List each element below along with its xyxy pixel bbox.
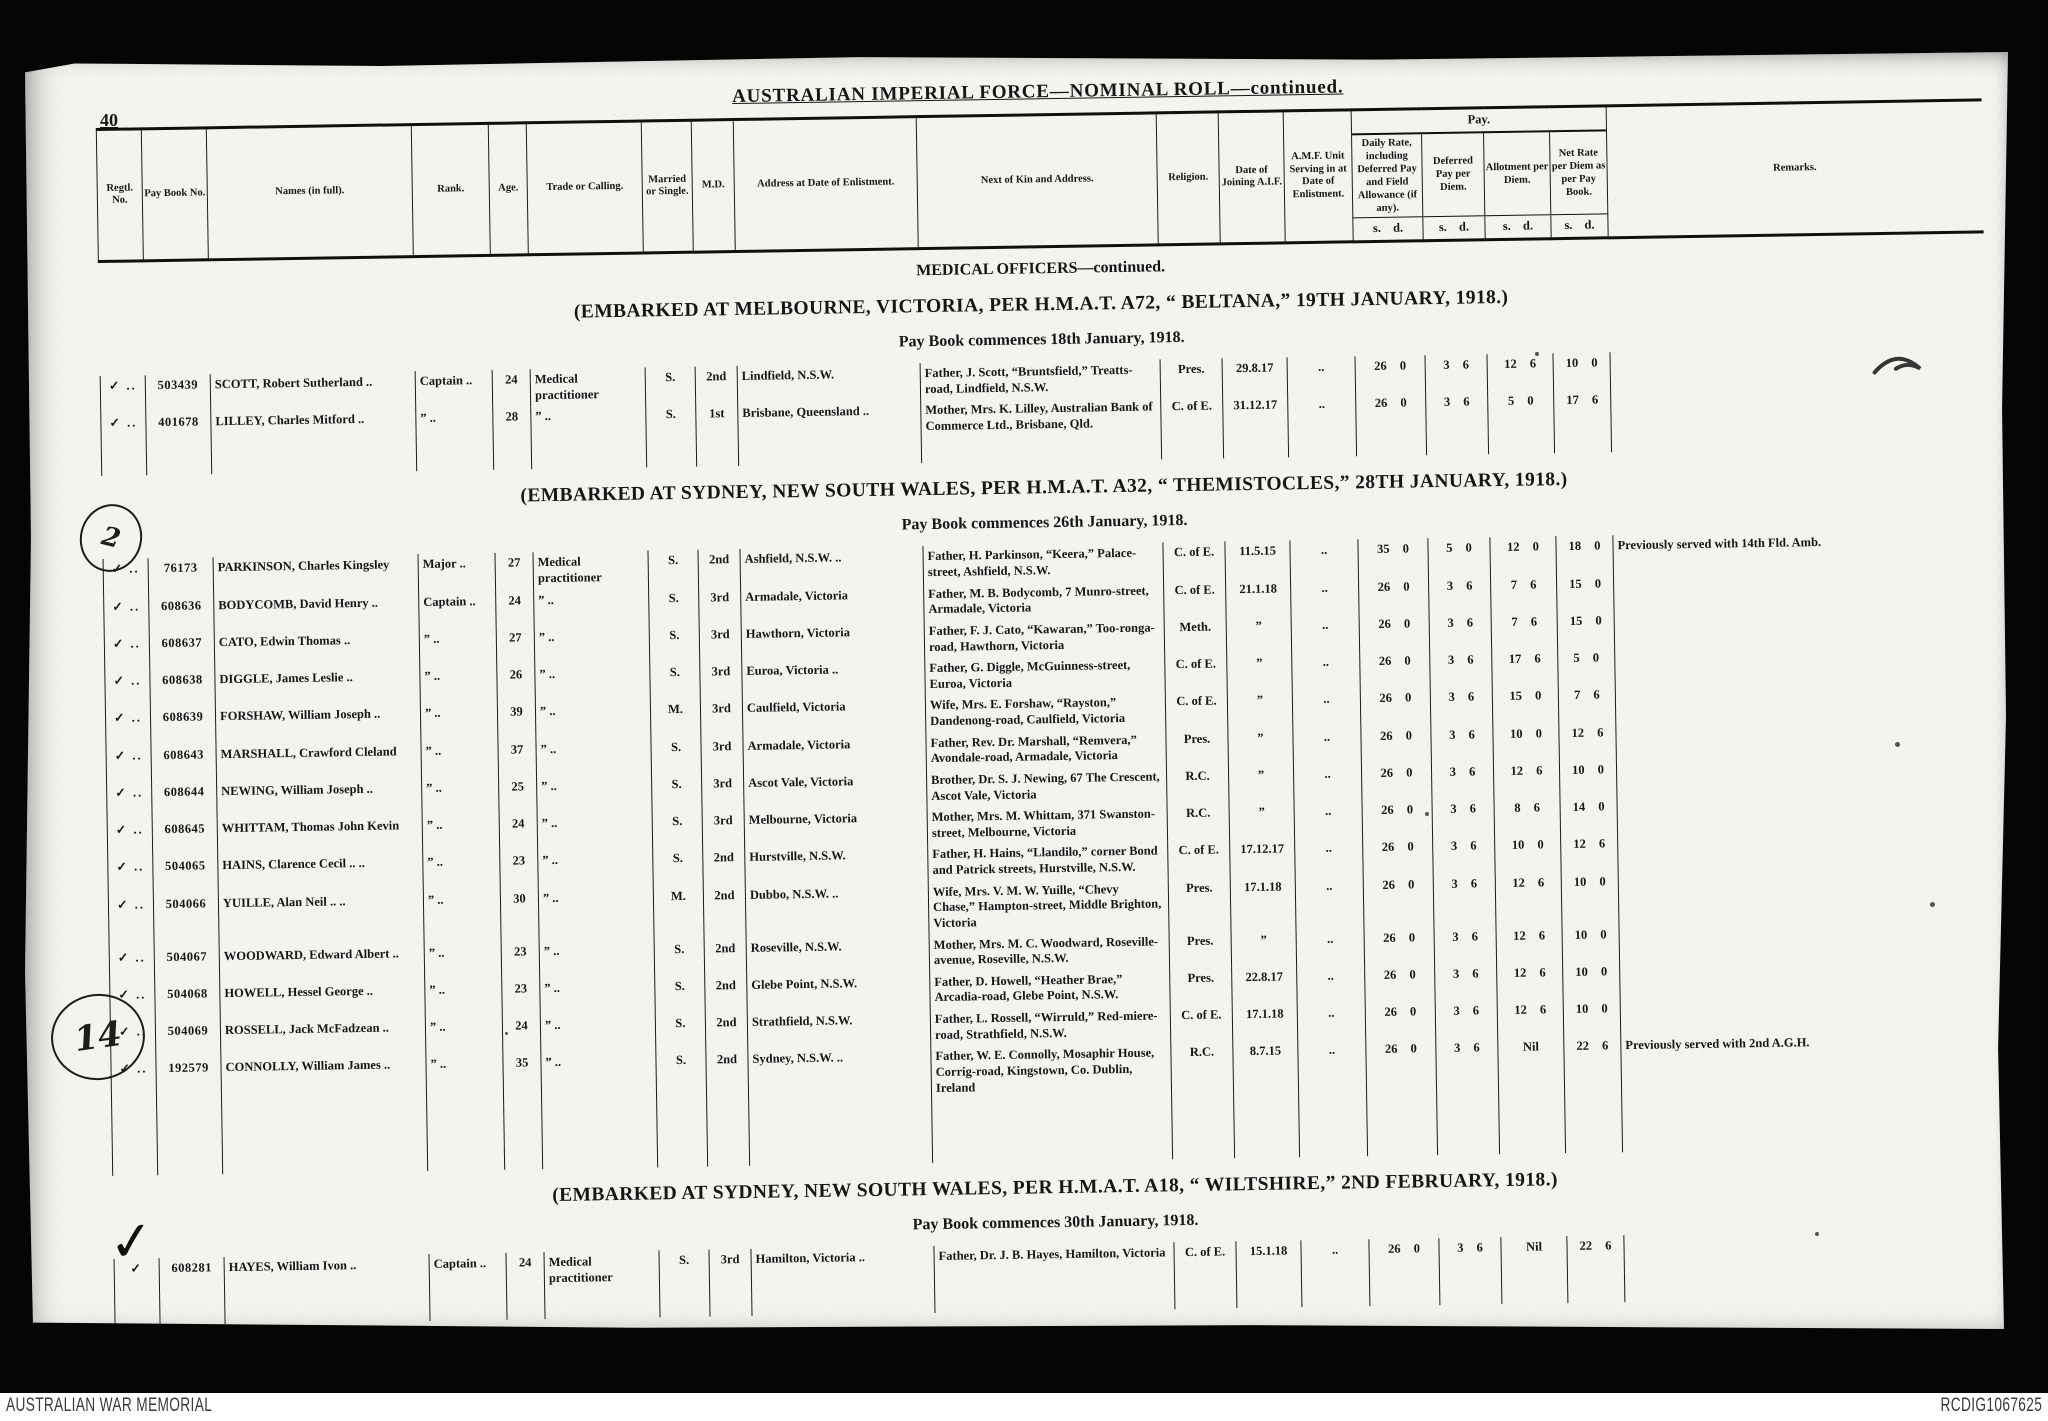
digitisation-footer: AUSTRALIAN WAR MEMORIAL RCDIG1067625 (0, 1393, 2048, 1421)
cell-tick: ✓ .. (108, 857, 154, 895)
cell-rank: ” .. (420, 702, 498, 740)
cell-md: 2nd (695, 366, 738, 404)
cell-paybook: 504065 (153, 856, 219, 894)
cell-remarks: Previously served with 2nd A.G.H. (1621, 1030, 1997, 1089)
cell-address: Hamilton, Victoria .. (751, 1246, 935, 1286)
scan-speckle (1815, 1232, 1819, 1236)
cell-allotment: 5 0 (1488, 390, 1555, 428)
cell-amf: .. (1292, 651, 1361, 689)
cell-address: Armadale, Victoria (741, 584, 925, 624)
cell-daily: 26 0 (1364, 927, 1435, 965)
cell-tick: ✓ .. (100, 375, 146, 413)
cell-remarks (1620, 992, 1996, 1035)
cell-deferred: 3 6 (1430, 687, 1493, 725)
cell-rank: ” .. (425, 979, 503, 1017)
cell-net: 5 0 (1558, 647, 1616, 685)
cell-daily: 26 0 (1360, 650, 1431, 688)
cell-tick: ✓ .. (109, 947, 155, 985)
cell-marital: S. (649, 587, 700, 625)
cell-deferred: 3 6 (1433, 873, 1496, 927)
cell-age: 39 (497, 702, 536, 740)
column-header: Regtl. No. (96, 129, 143, 262)
cell-rank: Major .. (418, 553, 496, 591)
cell-amf: .. (1297, 1002, 1366, 1040)
shillings-pence-label: s. d. (1423, 216, 1485, 241)
cell-deferred: 5 0 (1428, 538, 1491, 576)
cell-date: ” (1226, 615, 1292, 653)
cell-daily: 26 0 (1365, 964, 1436, 1002)
cell-md: 3rd (699, 587, 742, 625)
cell-name: ROSSELL, Jack McFadzean .. (220, 1017, 426, 1057)
cell-kin: Mother, Mrs. M. C. Woodward, Roseville-a… (929, 931, 1170, 972)
cell-age: 30 (500, 888, 539, 941)
cell-daily: 26 0 (1356, 392, 1427, 430)
cell-net: 10 0 (1559, 759, 1617, 797)
cell-kin: Father, L. Rossell, “Wirruld,” Red-miere… (930, 1005, 1171, 1046)
cell-rank: ” .. (422, 814, 500, 852)
cell-allotment: Nil (1498, 1036, 1565, 1090)
scan-speckle (505, 1032, 508, 1035)
cell-trade: Medical practitioner (530, 367, 646, 406)
cell-name: LILLEY, Charles Mitford .. (211, 408, 417, 448)
cell-age: 35 (503, 1052, 542, 1105)
cell-paybook: 504067 (154, 946, 220, 984)
cell-rank: ” .. (420, 665, 498, 703)
cell-md: 2nd (698, 549, 741, 587)
cell-allotment: 12 6 (1487, 353, 1554, 391)
cell-name: CATO, Edwin Thomas .. (214, 629, 420, 669)
cell-religion: R.C. (1166, 765, 1229, 803)
cell-paybook: 504069 (155, 1020, 221, 1058)
cell-paybook: 503439 (145, 374, 211, 412)
section-beltana: MEDICAL OFFICERS—continued. (EMBARKED AT… (98, 245, 1986, 476)
document-page: 40 AUSTRALIAN IMPERIAL FORCE—NOMINAL ROL… (25, 52, 2008, 1329)
cell-marital: S. (648, 550, 699, 588)
cell-allotment: 15 0 (1492, 686, 1559, 724)
cell-allotment: 12 6 (1496, 925, 1563, 963)
cell-remarks (1613, 567, 1989, 610)
cell-allotment: 12 6 (1497, 962, 1564, 1000)
cell-kin: Father, D. Howell, “Heather Brae,” Arcad… (930, 968, 1171, 1009)
cell-religion: C. of E. (1163, 542, 1226, 580)
cell-daily: 26 0 (1359, 613, 1430, 651)
cell-tick: ✓ .. (104, 596, 150, 634)
cell-name: HAINS, Clarence Cecil .. .. (218, 852, 424, 892)
cell-address: Ashfield, N.S.W. .. (740, 546, 924, 586)
cell-deferred: 3 6 (1425, 354, 1488, 392)
column-header: Trade or Calling. (526, 121, 643, 255)
cell-daily: 26 0 (1365, 1001, 1436, 1039)
cell-age: 26 (497, 664, 536, 702)
cell-allotment: 8 6 (1494, 797, 1561, 835)
column-header: A.M.F. Unit Serving in at Date of Enlist… (1283, 110, 1353, 243)
document-content: AUSTRALIAN IMPERIAL FORCE—NOMINAL ROLL—c… (95, 66, 1999, 1326)
cell-kin: Father, W. E. Connolly, Mosaphir House, … (931, 1043, 1172, 1100)
cell-trade: ” .. (535, 700, 651, 739)
cell-amf: .. (1298, 1039, 1367, 1093)
cell-daily: 26 0 (1369, 1238, 1440, 1276)
cell-tick: ✓ .. (107, 782, 153, 820)
pay-column-header: Deferred Pay per Diem. (1422, 132, 1485, 217)
cell-date: 15.1.18 (1236, 1240, 1302, 1278)
cell-marital: S. (651, 736, 702, 774)
cell-deferred: 3 6 (1432, 798, 1495, 836)
column-header: Date of Joining A.I.F. (1218, 111, 1285, 244)
cell-age: 24 (506, 1252, 545, 1290)
cell-age: 24 (496, 590, 535, 628)
cell-amf: .. (1293, 726, 1362, 764)
cell-kin: Father, Rev. Dr. Marshall, “Remvera,” Av… (926, 729, 1167, 770)
cell-kin: Father, F. J. Cato, “Kawaran,” Too-ronga… (924, 617, 1165, 658)
cell-amf: .. (1290, 540, 1359, 578)
cell-address: Hurstville, N.S.W. (745, 844, 929, 884)
cell-trade: ” .. (539, 939, 655, 978)
cell-paybook: 608636 (149, 595, 215, 633)
cell-net: 17 6 (1554, 389, 1612, 427)
column-header-remarks: Remarks. (1606, 100, 1983, 238)
cell-remarks (1615, 679, 1991, 722)
scan-speckle (1425, 812, 1429, 816)
cell-age: 23 (500, 851, 539, 889)
cell-paybook: 76173 (148, 558, 214, 596)
cell-name: BODYCOMB, David Henry .. (214, 592, 420, 632)
shillings-pence-label: s. d. (1485, 215, 1551, 240)
cell-rank: ” .. (423, 888, 501, 942)
column-header: Married or Single. (641, 120, 693, 253)
cell-trade: Medical practitioner (533, 551, 649, 590)
cell-religion: Meth. (1164, 616, 1227, 654)
cell-remarks (1620, 955, 1996, 998)
cell-rank: ” .. (422, 777, 500, 815)
cell-remarks (1617, 790, 1993, 833)
cell-daily: 26 0 (1363, 874, 1434, 928)
column-header: Next of Kin and Address. (916, 113, 1158, 249)
cell-net: 22 6 (1564, 1035, 1622, 1089)
cell-religion: C. of E. (1170, 1004, 1233, 1042)
cell-marital: S. (655, 1013, 706, 1051)
cell-date: 17.12.17 (1230, 839, 1296, 877)
cell-net: 7 6 (1558, 685, 1616, 723)
cell-deferred: 3 6 (1429, 612, 1492, 650)
cell-md: 3rd (700, 661, 743, 699)
cell-remarks (1614, 604, 1990, 647)
cell-address: Melbourne, Victoria (744, 807, 928, 847)
cell-md: 2nd (705, 1012, 748, 1050)
cell-remarks: Previously served with 14th Fld. Amb. (1613, 530, 1989, 573)
cell-religion: C. of E. (1161, 396, 1224, 434)
cell-marital: S. (653, 848, 704, 886)
cell-daily: 26 0 (1366, 1038, 1437, 1092)
cell-date: 21.1.18 (1225, 578, 1291, 616)
cell-kin: Father, Dr. J. B. Hayes, Hamilton, Victo… (934, 1242, 1175, 1283)
cell-trade: ” .. (541, 1051, 657, 1106)
cell-address: Strathfield, N.S.W. (747, 1009, 931, 1049)
cell-deferred: 3 6 (1435, 1000, 1498, 1038)
cell-marital: S. (645, 367, 696, 405)
cell-deferred: 3 6 (1431, 724, 1494, 762)
cell-marital: S. (659, 1250, 710, 1288)
cell-paybook: 504068 (155, 983, 221, 1021)
cell-amf: .. (1290, 577, 1359, 615)
cell-trade: ” .. (531, 405, 647, 444)
cell-age: 23 (502, 978, 541, 1016)
cell-religion: Pres. (1166, 728, 1229, 766)
cell-date: 22.8.17 (1232, 966, 1298, 1004)
cell-date: 17.1.18 (1230, 876, 1296, 930)
cell-address: Glebe Point, N.S.W. (747, 972, 931, 1012)
cell-paybook: 608638 (150, 669, 216, 707)
column-header: Rank. (411, 123, 490, 256)
cell-net: 10 0 (1561, 871, 1619, 925)
cell-age: 24 (492, 369, 531, 407)
cell-kin: Mother, Mrs. M. Whittam, 371 Swanston-st… (927, 803, 1168, 844)
cell-rank: Captain .. (419, 590, 497, 628)
cell-remarks (1618, 865, 1994, 924)
cell-name: HOWELL, Hessel George .. (220, 980, 426, 1020)
cell-trade: ” .. (540, 976, 656, 1015)
footer-id: RCDIG1067625 (1940, 1395, 2042, 1417)
cell-amf: .. (1287, 356, 1356, 394)
column-header-table: Regtl. No.Pay Book No.Names (in full).Ra… (96, 98, 1983, 262)
cell-age: 24 (502, 1015, 541, 1053)
scanned-document: 40 AUSTRALIAN IMPERIAL FORCE—NOMINAL ROL… (0, 0, 2048, 1421)
cell-net: 15 0 (1557, 610, 1615, 648)
cell-amf: .. (1295, 838, 1364, 876)
cell-tick: ✓ .. (101, 412, 147, 450)
cell-tick: ✓ .. (108, 894, 154, 948)
cell-remarks (1618, 828, 1994, 871)
cell-kin: Brother, Dr. S. J. Newing, 67 The Cresce… (926, 766, 1167, 807)
cell-address: Sydney, N.S.W. .. (748, 1046, 932, 1102)
cell-name: DIGGLE, James Leslie .. (215, 666, 421, 706)
cell-name: MARSHALL, Crawford Cleland (216, 741, 422, 781)
cell-marital: S. (646, 404, 697, 442)
cell-md: 2nd (705, 975, 748, 1013)
cell-religion: C. of E. (1174, 1241, 1237, 1279)
pay-column-header: Daily Rate, including Deferred Pay and F… (1352, 133, 1423, 218)
cell-amf: .. (1297, 965, 1366, 1003)
cell-amf: .. (1296, 928, 1365, 966)
cell-net: 14 0 (1560, 796, 1618, 834)
cell-tick: ✓ .. (105, 670, 151, 708)
cell-deferred: 3 6 (1430, 649, 1493, 687)
cell-trade: ” .. (537, 774, 653, 813)
cell-religion: C. of E. (1168, 840, 1231, 878)
cell-age: 25 (499, 776, 538, 814)
cell-paybook: 192579 (156, 1057, 222, 1111)
cell-kin: Mother, Mrs. K. Lilley, Australian Bank … (921, 396, 1162, 437)
cell-daily: 26 0 (1363, 837, 1434, 875)
cell-md: 2nd (703, 885, 746, 939)
cell-daily: 26 0 (1358, 576, 1429, 614)
cell-rank: ” .. (426, 1053, 504, 1107)
cell-md: 2nd (706, 1049, 749, 1103)
cell-remarks (1616, 753, 1992, 796)
cell-religion: Pres. (1170, 967, 1233, 1005)
cell-allotment: 7 6 (1490, 574, 1557, 612)
cell-net: 18 0 (1556, 536, 1614, 574)
roll-table: ✓ ..503439SCOTT, Robert Sutherland ..Cap… (100, 346, 1987, 476)
cell-name: FORSHAW, William Joseph .. (215, 703, 421, 743)
cell-kin: Father, M. B. Bodycomb, 7 Munro-street, … (924, 580, 1165, 621)
cell-name: NEWING, William Joseph .. (217, 778, 423, 818)
roll-table: ✓ ..76173PARKINSON, Charles KingsleyMajo… (103, 530, 1998, 1176)
cell-deferred: 3 6 (1435, 963, 1498, 1001)
cell-net: 15 0 (1556, 573, 1614, 611)
cell-allotment: Nil (1501, 1236, 1568, 1274)
cell-address: Ascot Vale, Victoria (743, 770, 927, 810)
cell-allotment: 12 0 (1490, 537, 1557, 575)
shillings-pence-label: s. d. (1551, 214, 1608, 239)
cell-paybook: 608643 (151, 744, 217, 782)
cell-amf: .. (1293, 763, 1362, 801)
cell-allotment: 17 6 (1492, 648, 1559, 686)
cell-name: YUILLE, Alan Neil .. .. (218, 890, 424, 946)
cell-age: 27 (495, 553, 534, 591)
cell-name: HAYES, William Ivon .. (224, 1254, 430, 1294)
cell-amf: .. (1292, 689, 1361, 727)
cell-date: ” (1231, 929, 1297, 967)
cell-allotment: 12 6 (1497, 999, 1564, 1037)
cell-daily: 26 0 (1355, 355, 1426, 393)
cell-amf: .. (1288, 393, 1357, 431)
cell-md: 3rd (701, 736, 744, 774)
cell-rank: ” .. (421, 739, 499, 777)
cell-rank: ” .. (424, 941, 502, 979)
cell-religion: C. of E. (1165, 691, 1228, 729)
section-wiltshire: (EMBARKED AT SYDNEY, NEW SOUTH WALES, PE… (112, 1162, 1999, 1326)
cell-amf: .. (1301, 1239, 1370, 1277)
cell-remarks (1619, 918, 1995, 961)
cell-marital: S. (655, 975, 706, 1013)
cell-paybook: 608639 (150, 707, 216, 745)
cell-date: ” (1229, 801, 1295, 839)
cell-tick: ✓ .. (105, 708, 151, 746)
cell-religion: R.C. (1171, 1042, 1234, 1096)
cell-kin: Father, H. Parkinson, “Keera,” Palace-st… (923, 543, 1164, 584)
cell-allotment: 10 0 (1495, 835, 1562, 873)
cell-tick: ✓ .. (107, 819, 153, 857)
cell-trade: ” .. (535, 663, 651, 702)
cell-daily: 35 0 (1358, 539, 1429, 577)
cell-address: Hawthorn, Victoria (741, 621, 925, 661)
cell-date: 31.12.17 (1223, 394, 1289, 432)
cell-trade: ” .. (538, 886, 654, 941)
cell-trade: ” .. (534, 625, 650, 664)
cell-rank: Captain .. (429, 1253, 507, 1291)
cell-rank: ” .. (419, 628, 497, 666)
pay-column-header: Net Rate per Diem as per Pay Book. (1549, 130, 1607, 215)
column-header: M.D. (691, 120, 735, 253)
cell-date: 29.8.17 (1222, 357, 1288, 395)
cell-trade: Medical practitioner (544, 1250, 660, 1289)
cell-allotment: 10 0 (1493, 723, 1560, 761)
cell-tick: ✓ .. (106, 745, 152, 783)
column-header: Pay Book No. (141, 128, 208, 261)
scan-speckle (1535, 352, 1539, 356)
column-header: Address at Date of Enlistment. (733, 117, 918, 252)
cell-marital: S. (656, 1050, 707, 1104)
handwritten-checkmark: ✓ (106, 1208, 158, 1275)
cell-address: Armadale, Victoria (743, 733, 927, 773)
cell-deferred: 3 6 (1434, 926, 1497, 964)
cell-deferred: 3 6 (1439, 1237, 1502, 1275)
cell-deferred: 3 6 (1431, 761, 1494, 799)
cell-remarks (1611, 384, 1987, 427)
cell-daily: 26 0 (1361, 762, 1432, 800)
cell-date: 8.7.15 (1233, 1041, 1299, 1095)
cell-net: 10 0 (1563, 961, 1621, 999)
cell-paybook: 608281 (159, 1257, 225, 1295)
cell-allotment: 12 6 (1495, 872, 1562, 926)
scan-speckle (1895, 742, 1900, 747)
cell-marital: M. (650, 699, 701, 737)
cell-age: 27 (496, 627, 535, 665)
cell-allotment: 7 6 (1491, 611, 1558, 649)
column-header: Names (in full). (206, 125, 413, 260)
cell-remarks (1624, 1229, 2000, 1272)
cell-net: 12 6 (1559, 722, 1617, 760)
cell-net: 10 0 (1563, 998, 1621, 1036)
cell-trade: ” .. (540, 1013, 656, 1052)
cell-religion: Pres. (1168, 877, 1231, 931)
cell-trade: ” .. (536, 737, 652, 776)
cell-age: 23 (501, 941, 540, 979)
cell-deferred: 3 6 (1433, 836, 1496, 874)
cell-marital: S. (651, 773, 702, 811)
cell-amf: .. (1295, 875, 1364, 929)
cell-paybook: 608645 (152, 818, 218, 856)
cell-name: SCOTT, Robert Sutherland .. (210, 371, 416, 411)
cell-date: 11.5.15 (1225, 541, 1291, 579)
cell-religion: Pres. (1169, 930, 1232, 968)
cell-remarks (1615, 641, 1991, 684)
cell-age: 37 (498, 739, 537, 777)
cell-date: ” (1228, 764, 1294, 802)
cell-name: WOODWARD, Edward Albert .. (219, 943, 425, 983)
cell-md: 1st (696, 403, 739, 441)
cell-date: ” (1227, 690, 1293, 728)
cell-address: Dubbo, N.S.W. .. (745, 882, 929, 938)
cell-md: 2nd (704, 937, 747, 975)
cell-address: Roseville, N.S.W. (746, 935, 930, 975)
cell-net: 22 6 (1567, 1235, 1625, 1273)
cell-remarks (1616, 716, 1992, 759)
cell-rank: ” .. (416, 407, 494, 445)
cell-trade: ” .. (538, 849, 654, 888)
cell-marital: M. (653, 885, 704, 939)
cell-religion: Pres. (1160, 358, 1223, 396)
cell-kin: Wife, Mrs. E. Forshaw, “Rayston,” Danden… (925, 692, 1166, 733)
cell-kin: Father, H. Hains, “Llandilo,” corner Bon… (928, 841, 1169, 882)
cell-name: WHITTAM, Thomas John Kevin (217, 815, 423, 855)
cell-trade: ” .. (537, 812, 653, 851)
cell-age: 28 (493, 406, 532, 444)
cell-kin: Wife, Mrs. V. M. W. Yuille, “Chevy Chase… (928, 878, 1169, 935)
cell-net: 10 0 (1562, 924, 1620, 962)
cell-daily: 26 0 (1360, 688, 1431, 726)
cell-religion: C. of E. (1164, 579, 1227, 617)
cell-md: 3rd (702, 810, 745, 848)
cell-deferred: 3 6 (1436, 1037, 1499, 1091)
cell-paybook: 608644 (152, 781, 218, 819)
cell-date: 17.1.18 (1232, 1003, 1298, 1041)
cell-date: ” (1227, 652, 1293, 690)
cell-deferred: 3 6 (1426, 391, 1489, 429)
cell-deferred: 3 6 (1428, 575, 1491, 613)
cell-marital: S. (654, 938, 705, 976)
cell-rank: Captain .. (415, 370, 493, 408)
